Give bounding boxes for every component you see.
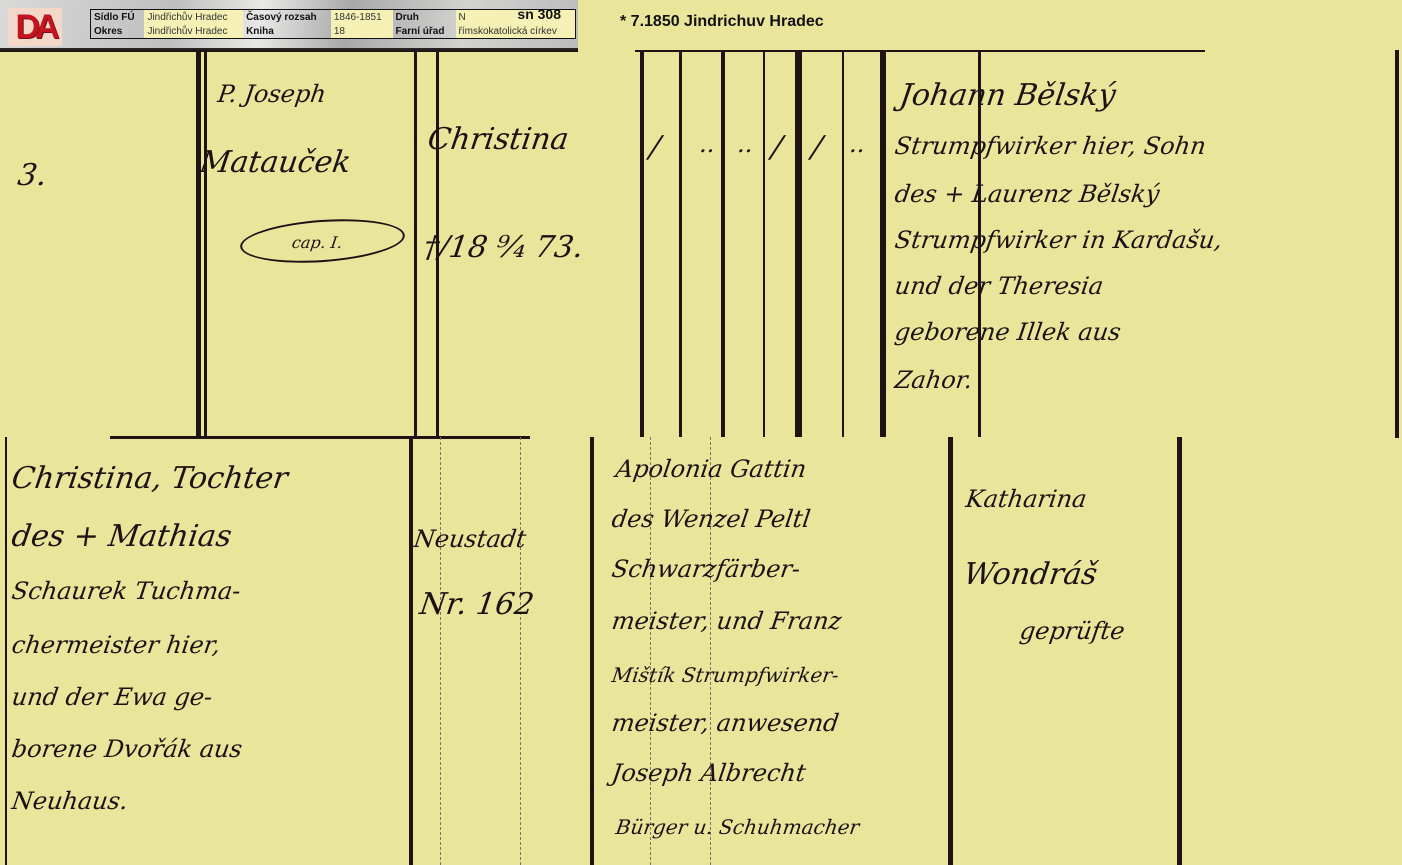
column-rule [1395, 50, 1399, 438]
godparents-line: des Wenzel Peltl [610, 505, 812, 533]
column-rule [948, 437, 953, 865]
tally-mark: / [810, 130, 825, 165]
column-rule [679, 50, 682, 438]
column-dash [440, 437, 441, 865]
scan-rule [110, 437, 530, 439]
mother-line: des + Mathias [10, 519, 234, 554]
godparents-line: meister, und Franz [610, 607, 843, 635]
midwife-line: Katharina [964, 485, 1088, 513]
parents-line: Strumpfwirker hier, Sohn [893, 132, 1208, 160]
house-number: Nr. 162 [418, 587, 537, 622]
column-dash [650, 437, 651, 865]
godparents-line: Bürger u. Schuhmacher [614, 815, 861, 839]
mother-line: borene Dvořák aus [10, 735, 244, 763]
column-rule [590, 437, 594, 865]
mother-line: und der Ewa ge- [10, 683, 214, 711]
godparents-line: Schwarzfärber- [610, 555, 802, 583]
kniha-value: 18 [331, 24, 393, 39]
column-dash [520, 437, 521, 865]
archive-header-bar: DA Sídlo FÚ Jindřichův Hradec Časový roz… [0, 0, 578, 50]
priest-name-line2: Matauček [198, 145, 354, 180]
godparents-line: Mištík Strumpfwirker- [610, 663, 840, 687]
okres-value: Jindřichův Hradec [144, 24, 243, 39]
tally-mark: / [770, 130, 785, 165]
sidlo-fu-label: Sídlo FÚ [91, 10, 145, 25]
mother-line: chermeister hier, [10, 631, 222, 659]
mother-line: Neuhaus. [10, 787, 130, 815]
register-scan-lower[interactable]: Christina, Tochter des + Mathias Schaure… [0, 437, 1210, 865]
mother-line: Schaurek Tuchma- [10, 577, 242, 605]
column-rule [204, 50, 207, 438]
midwife-line: geprüfte [1018, 617, 1127, 645]
signature-number: sn 308 [517, 8, 573, 21]
parents-line: des + Laurenz Bělský [893, 180, 1161, 208]
farni-urad-label: Farní úřad [393, 24, 456, 39]
okres-label: Okres [91, 24, 145, 39]
column-rule [414, 50, 417, 438]
child-death-date: †/18 ⁹⁄₄ 73. [422, 230, 586, 265]
column-rule [795, 50, 802, 438]
register-metadata-table: Sídlo FÚ Jindřichův Hradec Časový rozsah… [90, 9, 576, 39]
tally-mark: .. [848, 130, 867, 158]
druh-cell: N sn 308 [456, 10, 576, 25]
parents-line: geborene Illek aus [893, 318, 1123, 346]
mother-line: Christina, Tochter [10, 461, 290, 496]
entry-number: 3. [16, 158, 50, 193]
child-name: Christina [426, 122, 571, 157]
residence-line: Neustadt [412, 525, 528, 553]
godparents-line: Apolonia Gattin [614, 455, 808, 483]
druh-label: Druh [393, 10, 456, 25]
sidlo-fu-value: Jindřichův Hradec [144, 10, 243, 25]
tally-mark: / [648, 130, 663, 165]
parents-line: und der Theresia [893, 272, 1105, 300]
register-scan-upper[interactable]: 3. P. Joseph Matauček cap. I. Christina … [0, 50, 1402, 438]
kniha-label: Kniha [243, 24, 331, 39]
godparents-line: meister, anwesend [610, 709, 841, 737]
column-rule [880, 50, 886, 438]
tally-mark: .. [698, 130, 717, 158]
column-dash [710, 437, 711, 865]
column-rule [763, 50, 765, 438]
column-rule [196, 50, 201, 438]
column-rule [640, 50, 644, 438]
column-rule [409, 437, 413, 865]
casovy-rozsah-label: Časový rozsah [243, 10, 331, 25]
column-rule [5, 437, 7, 865]
godparents-line: Joseph Albrecht [610, 759, 808, 787]
digital-archive-logo[interactable]: DA [8, 8, 62, 46]
priest-name-note: cap. I. [291, 233, 344, 252]
casovy-rozsah-value: 1846-1851 [331, 10, 393, 25]
priest-name-line1: P. Joseph [216, 80, 328, 108]
farni-urad-value: římskokatolická církev [456, 24, 576, 39]
column-rule [721, 50, 725, 438]
parents-line: Johann Bělský [898, 78, 1118, 113]
column-rule [1177, 437, 1182, 865]
record-title: * 7.1850 Jindrichuv Hradec [620, 13, 824, 31]
tally-mark: .. [736, 130, 755, 158]
scan-rule [0, 50, 578, 52]
parents-line: Strumpfwirker in Kardašu, [893, 226, 1224, 254]
druh-value: N [459, 12, 466, 23]
midwife-line: Wondráš [962, 557, 1100, 592]
column-rule [842, 50, 844, 438]
parents-line: Zahor. [893, 366, 974, 394]
